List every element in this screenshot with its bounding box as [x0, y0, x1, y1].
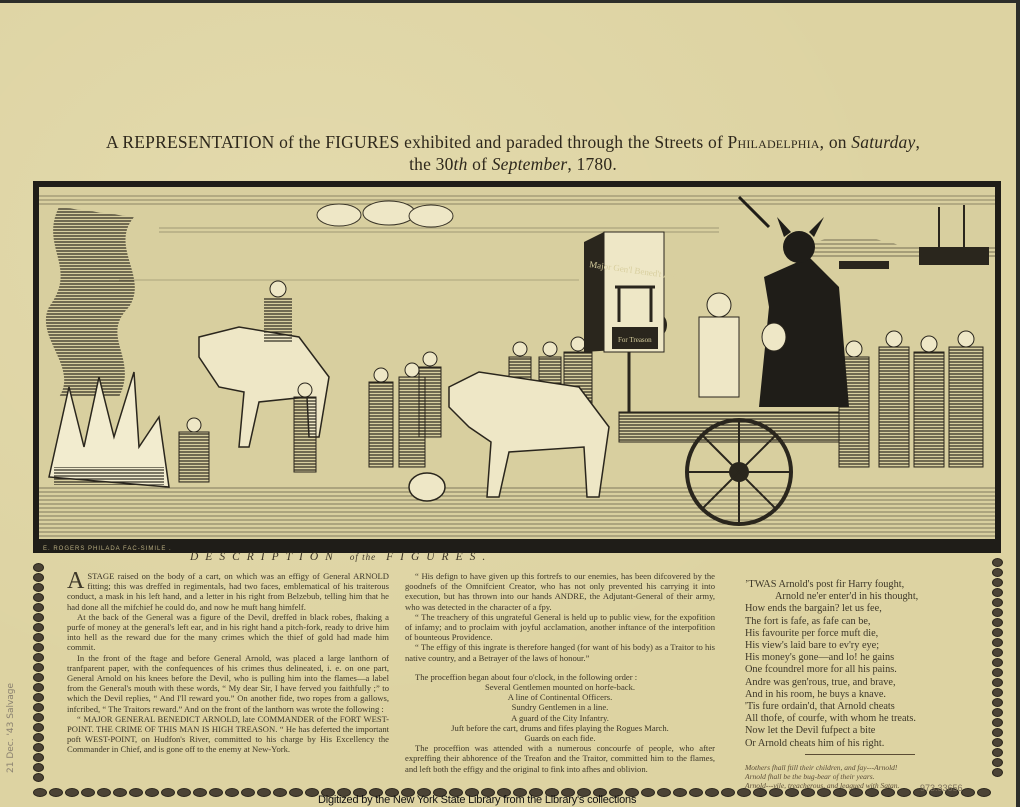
title-segment: th: [454, 154, 468, 174]
verse-line: All thofe, of courfe, with whom he treat…: [745, 713, 990, 725]
paragraph-text: STAGE raised on the body of a cart, on w…: [67, 571, 389, 612]
border-ornament: [289, 788, 303, 797]
border-ornament: [33, 613, 44, 622]
border-ornament: [49, 788, 63, 797]
verse-line: One fcoundrel more for all his pains.: [745, 664, 990, 676]
paragraph: “ His defign to have given up this fortr…: [405, 571, 715, 612]
border-ornament: [641, 788, 655, 797]
border-ornament: [721, 788, 735, 797]
procession-item: Guards on each fide.: [405, 733, 715, 743]
border-ornament: [177, 788, 191, 797]
paragraph: ASTAGE raised on the body of a cart, on …: [67, 571, 389, 612]
border-ornament: [97, 788, 111, 797]
border-ornament: [992, 738, 1003, 747]
procession-item: Sundry Gentlemen in a line.: [405, 702, 715, 712]
border-ornament: [992, 678, 1003, 687]
paragraph: The proceffion was attended with a numer…: [405, 743, 715, 774]
title-segment: FIGURES: [325, 132, 399, 152]
border-ornament: [33, 563, 44, 572]
title-segment: ,: [915, 132, 920, 152]
border-ornament: [129, 788, 143, 797]
border-ornament: [33, 673, 44, 682]
verse-line: His view's laid bare to ev'ry eye;: [745, 640, 990, 652]
title-segment: of the: [275, 132, 326, 152]
border-ornament: [992, 558, 1003, 567]
verse-line: Now let the Devil fufpect a bite: [745, 725, 990, 737]
divider: [805, 754, 915, 755]
border-ornament: [33, 743, 44, 752]
page-title: A REPRESENTATION of the FIGURES exhibite…: [18, 131, 1008, 175]
border-ornament: [992, 708, 1003, 717]
procession-scene-illustration: Major Gen'l Bened't Arnold For Treason: [39, 187, 995, 539]
border-ornament: [33, 653, 44, 662]
border-ornament: [193, 788, 207, 797]
closing-verse-line: Mothers fhall ftill their children, and …: [745, 763, 990, 772]
procession-item: Juft before the cart, drums and fifes pl…: [405, 723, 715, 733]
title-month: September: [492, 154, 568, 174]
verse-line: ’TWAS Arnold's post fir Harry fought,: [745, 579, 990, 591]
border-ornament: [209, 788, 223, 797]
border-ornament: [992, 728, 1003, 737]
procession-item: A line of Continental Officers.: [405, 692, 715, 702]
border-ornament: [225, 788, 239, 797]
verse-column: ’TWAS Arnold's post fir Harry fought, Ar…: [745, 579, 990, 790]
heading-word: of the: [350, 552, 376, 562]
border-ornament: [992, 718, 1003, 727]
border-ornament: [65, 788, 79, 797]
verse-line: 'Tis fure ordain'd, that Arnold cheats: [745, 701, 990, 713]
border-ornament: [33, 593, 44, 602]
border-ornament: [33, 603, 44, 612]
border-ornament: [33, 773, 44, 782]
border-ornament: [113, 788, 127, 797]
paragraph: “ The effigy of this ingrate is therefor…: [405, 642, 715, 662]
title-city: Philadelphia: [728, 132, 820, 152]
title-segment: exhibited and paraded through the Street…: [400, 132, 728, 152]
procession-item: Several Gentlemen mounted on horfe-back.: [405, 682, 715, 692]
paragraph: “ The treachery of this ungrateful Gener…: [405, 612, 715, 643]
border-ornament: [33, 723, 44, 732]
title-segment: , 1780.: [567, 154, 617, 174]
border-ornament: [992, 668, 1003, 677]
title-day: Saturday: [851, 132, 915, 152]
verse-line: His favourite per force muft die,: [745, 628, 990, 640]
paragraph: At the back of the General was a figure …: [67, 612, 389, 653]
title-line-2: the 30th of September, 1780.: [18, 153, 1008, 175]
ornamental-border-left: [33, 563, 45, 793]
border-ornament: [689, 788, 703, 797]
title-segment: A REPRESENTATION: [106, 132, 275, 152]
border-ornament: [992, 648, 1003, 657]
border-ornament: [33, 763, 44, 772]
document-page: A REPRESENTATION of the FIGURES exhibite…: [0, 3, 1016, 807]
engraving-illustration: Major Gen'l Bened't Arnold For Treason E…: [33, 181, 1001, 553]
border-ornament: [241, 788, 255, 797]
procession-order-list: Several Gentlemen mounted on horfe-back.…: [405, 682, 715, 743]
border-ornament: [992, 578, 1003, 587]
verse-line: Andre was gen'rous, true, and brave,: [745, 677, 990, 689]
lanthorn-front-label: For Treason: [618, 336, 652, 344]
border-ornament: [992, 608, 1003, 617]
border-ornament: [992, 588, 1003, 597]
border-ornament: [992, 688, 1003, 697]
border-ornament: [33, 788, 47, 797]
border-ornament: [992, 598, 1003, 607]
border-ornament: [992, 758, 1003, 767]
border-ornament: [33, 733, 44, 742]
border-ornament: [161, 788, 175, 797]
handwritten-margin-note: 21 Dec. '43 Salvage: [6, 683, 16, 773]
ornamental-border-right: [992, 558, 1004, 793]
border-ornament: [33, 633, 44, 642]
heading-word: FIGURES.: [386, 551, 492, 563]
verse-line: His money's gone—and lo! he gains: [745, 652, 990, 664]
description-heading: DESCRIPTIONof theFIGURES.: [190, 551, 750, 563]
engraving-caption: E. ROGERS PHILADA FAC-SIMILE .: [43, 546, 172, 552]
verse-line: Arnold ne'er enter'd in his thought,: [745, 591, 990, 603]
title-segment: , on: [820, 132, 852, 152]
closing-verse-line: Arnold fhall be the bug-bear of their ye…: [745, 772, 990, 781]
border-ornament: [705, 788, 719, 797]
border-ornament: [33, 713, 44, 722]
border-ornament: [33, 663, 44, 672]
digitization-notice: Digitized by the New York State Library …: [318, 794, 636, 806]
border-ornament: [273, 788, 287, 797]
border-ornament: [33, 683, 44, 692]
border-ornament: [33, 583, 44, 592]
border-ornament: [992, 628, 1003, 637]
title-segment: the 30: [409, 154, 453, 174]
border-ornament: [673, 788, 687, 797]
border-ornament: [33, 693, 44, 702]
border-ornament: [33, 643, 44, 652]
border-ornament: [33, 623, 44, 632]
border-ornament: [81, 788, 95, 797]
border-ornament: [992, 748, 1003, 757]
description-column-2: “ His defign to have given up this fortr…: [405, 571, 715, 774]
title-segment: of: [468, 154, 492, 174]
border-ornament: [657, 788, 671, 797]
procession-item: A guard of the City Infantry.: [405, 713, 715, 723]
description-column-1: ASTAGE raised on the body of a cart, on …: [67, 571, 389, 755]
border-ornament: [33, 753, 44, 762]
paragraph: In the front of the ftage and before Gen…: [67, 653, 389, 714]
border-ornament: [257, 788, 271, 797]
border-ornament: [992, 698, 1003, 707]
border-ornament: [145, 788, 159, 797]
border-ornament: [992, 768, 1003, 777]
border-ornament: [992, 618, 1003, 627]
border-ornament: [992, 638, 1003, 647]
border-ornament: [992, 658, 1003, 667]
title-line-1: A REPRESENTATION of the FIGURES exhibite…: [18, 131, 1008, 153]
call-number-stamp: 973.33656: [920, 783, 963, 793]
verse-line: And in his room, he buys a knave.: [745, 689, 990, 701]
border-ornament: [992, 568, 1003, 577]
verse-line: Or Arnold cheats him of his right.: [745, 738, 990, 750]
paragraph: “ MAJOR GENERAL BENEDICT ARNOLD, late CO…: [67, 714, 389, 755]
border-ornament: [33, 703, 44, 712]
drop-cap: A: [67, 571, 84, 591]
engraving-scene: Major Gen'l Bened't Arnold For Treason: [39, 187, 995, 539]
verse-line: How ends the bargain? let us fee,: [745, 603, 990, 615]
border-ornament: [305, 788, 319, 797]
heading-word: DESCRIPTION: [190, 551, 340, 563]
verse-line: The fort is fafe, as fafe can be,: [745, 616, 990, 628]
border-ornament: [33, 573, 44, 582]
paragraph: The proceffion began about four o'clock,…: [405, 672, 715, 682]
